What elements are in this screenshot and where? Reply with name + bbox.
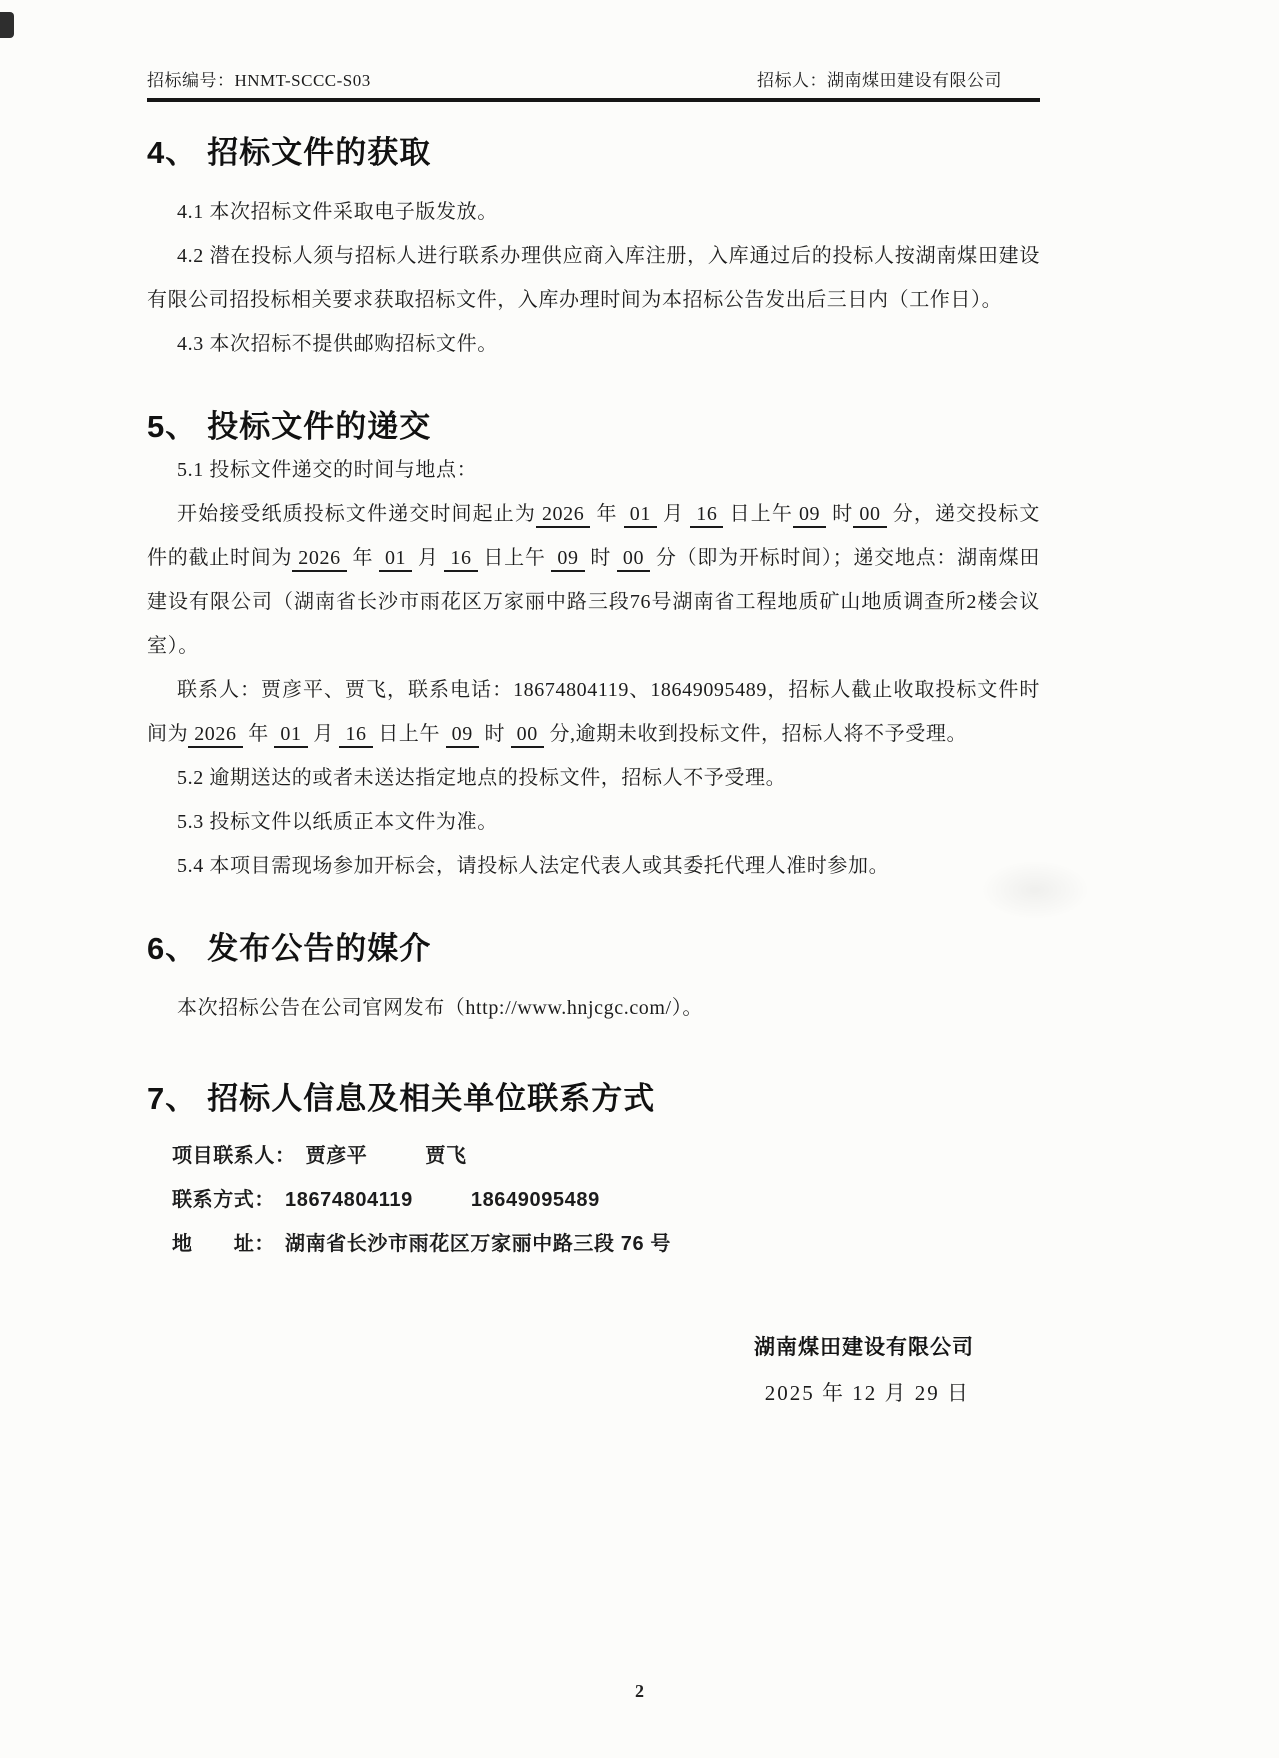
contact-row-person: 项目联系人：贾彦平贾飞 [147,1134,1040,1178]
section-5-heading: 5、投标文件的递交 [147,406,1040,448]
clause-5-2: 5.2 逾期送达的或者未送达指定地点的投标文件，招标人不予受理。 [147,756,1040,800]
clause-5-4: 5.4 本项目需现场参加开标会，请投标人法定代表人或其委托代理人准时参加。 [147,844,1040,888]
section-4-number: 4、 [147,135,197,170]
document-page: 招标编号：HNMT-SCCC-S03 招标人：湖南煤田建设有限公司 4、招标文件… [0,0,1279,1758]
clause-4-1: 4.1 本次招标文件采取电子版发放。 [147,190,1040,234]
clause-5-3: 5.3 投标文件以纸质正本文件为准。 [147,800,1040,844]
section-7-title: 招标人信息及相关单位联系方式 [207,1081,655,1116]
clause-4-3: 4.3 本次招标不提供邮购招标文件。 [147,322,1040,366]
signature-company: 湖南煤田建设有限公司 [147,1326,974,1370]
clause-5-1-contact: 联系人：贾彦平、贾飞，联系电话：18674804119、18649095489，… [147,668,1040,756]
contact-person-2: 贾飞 [425,1145,466,1167]
signature-block: 湖南煤田建设有限公司 2025 年 12 月 29 日 [147,1326,1040,1416]
section-7-number: 7、 [147,1081,197,1116]
section-6-heading: 6、发布公告的媒介 [147,928,1040,970]
scan-smudge [980,860,1090,920]
clause-5-1: 5.1 投标文件递交的时间与地点： [147,448,1040,492]
bid-number: 招标编号：HNMT-SCCC-S03 [147,66,371,91]
scan-artifact-mark [0,12,14,38]
document-header: 招标编号：HNMT-SCCC-S03 招标人：湖南煤田建设有限公司 [147,66,1040,102]
section-5-title: 投标文件的递交 [207,409,431,444]
contact-person-label: 项目联系人： [172,1145,296,1167]
section-4-heading: 4、招标文件的获取 [147,132,1040,174]
tenderer-name: 招标人：湖南煤田建设有限公司 [757,66,1002,91]
clause-4-2: 4.2 潜在投标人须与招标人进行联系办理供应商入库注册，入库通过后的投标人按湖南… [147,234,1040,322]
signature-date: 2025 年 12 月 29 日 [147,1370,970,1416]
section-5-number: 5、 [147,409,197,444]
section-7-heading: 7、招标人信息及相关单位联系方式 [147,1078,1040,1120]
contact-phone-label: 联系方式： [172,1189,275,1211]
contact-person-1: 贾彦平 [306,1145,368,1167]
contact-address-value: 湖南省长沙市雨花区万家丽中路三段 76 号 [285,1233,671,1255]
contact-address-label: 地 址： [172,1233,275,1255]
contact-row-phone: 联系方式：1867480411918649095489 [147,1178,1040,1222]
contact-row-address: 地 址：湖南省长沙市雨花区万家丽中路三段 76 号 [147,1222,1040,1266]
page-number: 2 [0,1681,1279,1702]
section-4-title: 招标文件的获取 [207,135,431,170]
contact-phone-1: 18674804119 [285,1189,413,1211]
clause-6-1: 本次招标公告在公司官网发布（http://www.hnjcgc.com/）。 [147,986,1040,1030]
contact-info-block: 项目联系人：贾彦平贾飞 联系方式：1867480411918649095489 … [147,1134,1040,1266]
clause-5-1-deadline: 开始接受纸质投标文件递交时间起止为2026 年 01 月 16 日上午09 时0… [147,492,1040,668]
section-6-title: 发布公告的媒介 [207,931,431,966]
section-6-number: 6、 [147,931,197,966]
contact-phone-2: 18649095489 [471,1189,600,1211]
